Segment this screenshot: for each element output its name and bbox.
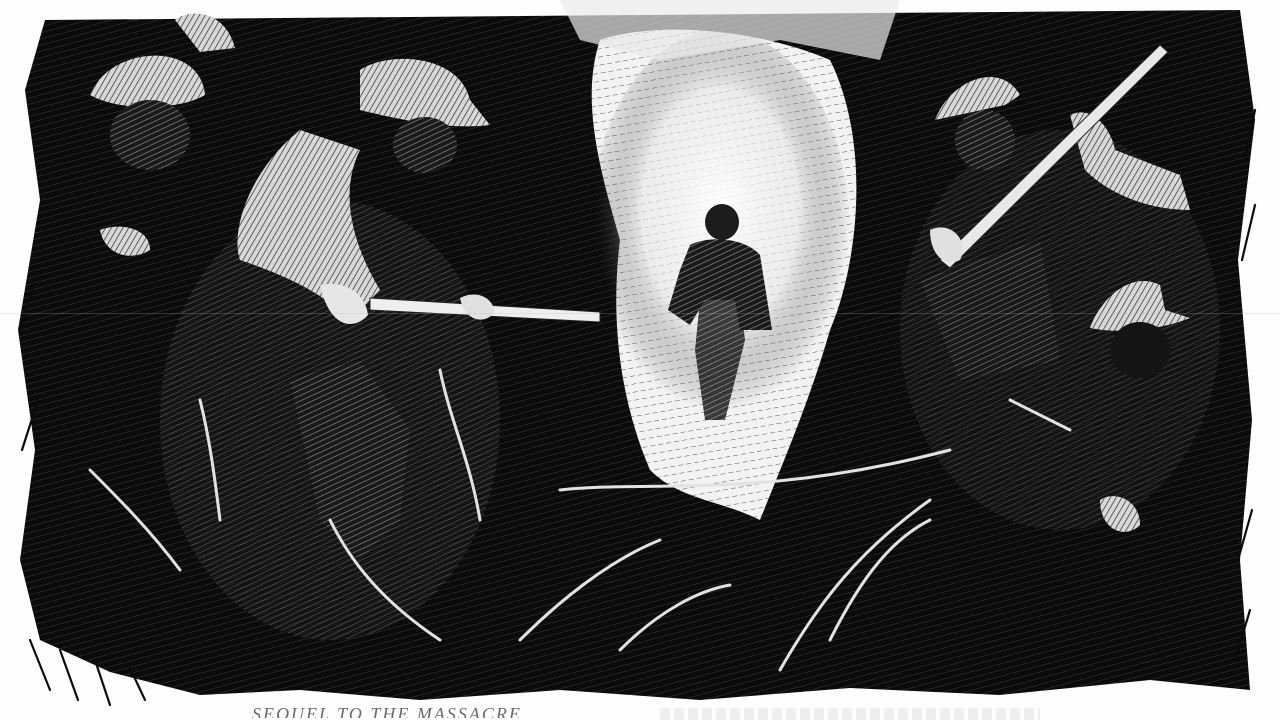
engraving-illustration — [0, 0, 1280, 720]
illustration-page: SEQUEL TO THE MASSACRE — [0, 0, 1280, 720]
illegible-caption-text — [660, 708, 1040, 720]
scan-fold-line — [0, 313, 1280, 314]
illustration-caption: SEQUEL TO THE MASSACRE — [252, 704, 522, 720]
